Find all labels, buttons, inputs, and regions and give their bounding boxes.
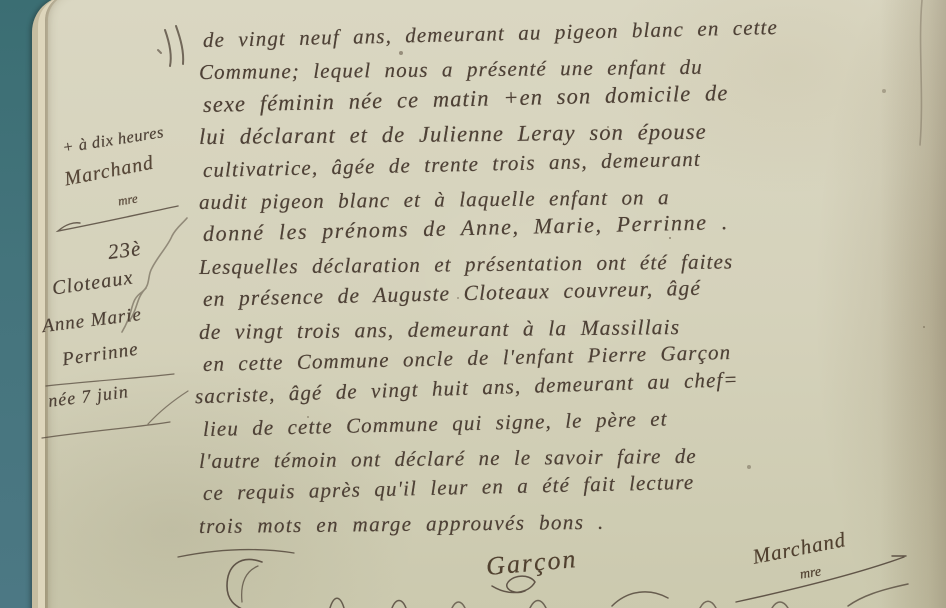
desk-background: + à dix heures Marchand mre 23è Cloteaux… bbox=[0, 0, 946, 608]
signature-mayor-title: mre bbox=[799, 564, 823, 583]
margin-act-number: 23è bbox=[107, 236, 143, 265]
act-body-text: de vingt neuf ans, demeurant au pigeon b… bbox=[203, 24, 943, 542]
margin-signature-title: mre bbox=[117, 191, 139, 210]
